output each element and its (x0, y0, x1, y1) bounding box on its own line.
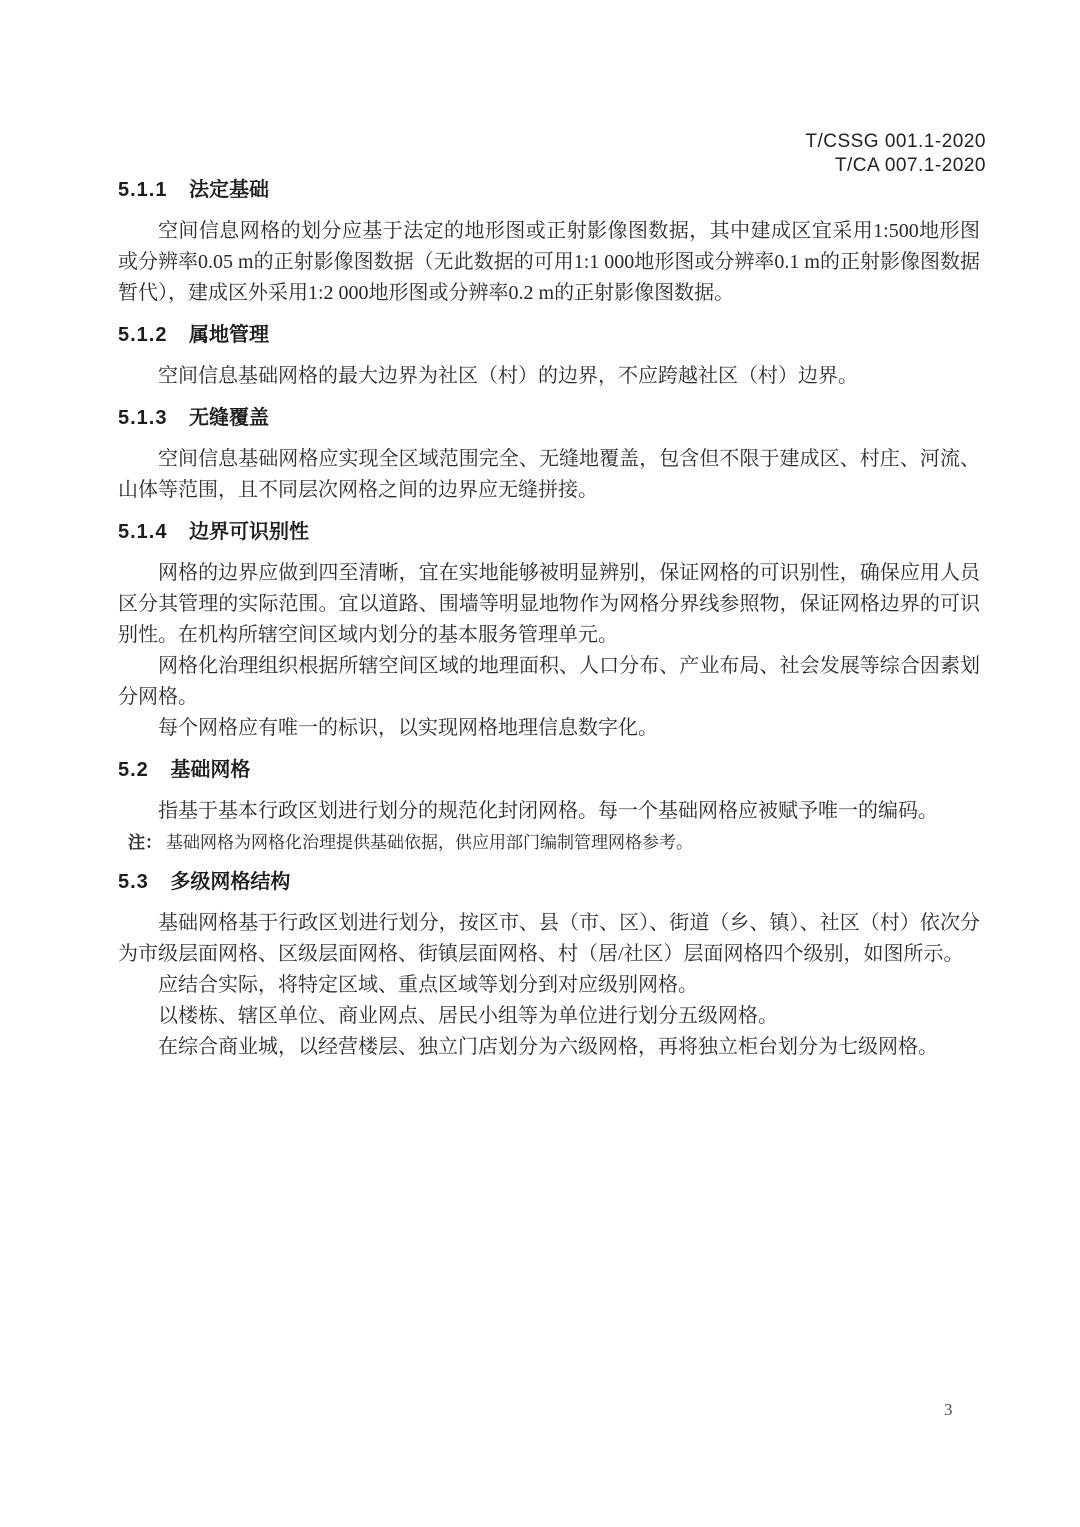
paragraph: 空间信息基础网格应实现全区域范围完全、无缝地覆盖，包含但不限于建成区、村庄、河流… (118, 444, 980, 506)
section-title: 多级网格结构 (170, 871, 290, 893)
section-5-1-1: 5.1.1 法定基础 空间信息网格的划分应基于法定的地形图或正射影像图数据，其中… (118, 178, 980, 309)
paragraph: 网格化治理组织根据所辖空间区域的地理面积、人口分布、产业布局、社会发展等综合因素… (118, 651, 980, 713)
section-number: 5.1.4 (118, 521, 167, 543)
paragraph: 每个网格应有唯一的标识，以实现网格地理信息数字化。 (118, 713, 980, 744)
document-header: T/CSSG 001.1-2020 T/CA 007.1-2020 (805, 130, 986, 178)
section-number: 5.1.3 (118, 407, 167, 429)
section-heading: 5.1.4 边界可识别性 (118, 520, 980, 544)
section-heading: 5.3 多级网格结构 (118, 870, 980, 894)
note-label: 注： (128, 833, 162, 852)
note: 注：基础网格为网格化治理提供基础依据，供应用部门编制管理网格参考。 (128, 829, 980, 856)
section-heading: 5.2 基础网格 (118, 758, 980, 782)
section-number: 5.2 (118, 759, 149, 781)
document-body: 5.1.1 法定基础 空间信息网格的划分应基于法定的地形图或正射影像图数据，其中… (118, 172, 980, 1063)
paragraph: 网格的边界应做到四至清晰，宜在实地能够被明显辨别，保证网格的可识别性，确保应用人… (118, 558, 980, 651)
section-5-3: 5.3 多级网格结构 基础网格基于行政区划进行划分，按区市、县（市、区）、街道（… (118, 870, 980, 1063)
paragraph: 指基于基本行政区划进行划分的规范化封闭网格。每一个基础网格应被赋予唯一的编码。 (118, 796, 980, 827)
section-5-2: 5.2 基础网格 指基于基本行政区划进行划分的规范化封闭网格。每一个基础网格应被… (118, 758, 980, 856)
section-number: 5.3 (118, 871, 149, 893)
section-number: 5.1.1 (118, 179, 167, 201)
section-number: 5.1.2 (118, 324, 167, 346)
section-heading: 5.1.3 无缝覆盖 (118, 406, 980, 430)
section-title: 无缝覆盖 (189, 407, 269, 429)
document-page: T/CSSG 001.1-2020 T/CA 007.1-2020 5.1.1 … (0, 0, 1080, 1527)
section-heading: 5.1.2 属地管理 (118, 323, 980, 347)
standard-code-line-1: T/CSSG 001.1-2020 (805, 130, 986, 154)
section-heading: 5.1.1 法定基础 (118, 178, 980, 202)
section-title: 基础网格 (170, 759, 250, 781)
section-title: 法定基础 (189, 179, 269, 201)
page-number: 3 (944, 1400, 953, 1420)
paragraph: 空间信息基础网格的最大边界为社区（村）的边界，不应跨越社区（村）边界。 (118, 361, 980, 392)
paragraph: 在综合商业城，以经营楼层、独立门店划分为六级网格，再将独立柜台划分为七级网格。 (118, 1032, 980, 1063)
paragraph: 以楼栋、辖区单位、商业网点、居民小组等为单位进行划分五级网格。 (118, 1001, 980, 1032)
note-text: 基础网格为网格化治理提供基础依据，供应用部门编制管理网格参考。 (166, 833, 693, 852)
paragraph: 基础网格基于行政区划进行划分，按区市、县（市、区）、街道（乡、镇）、社区（村）依… (118, 908, 980, 970)
section-5-1-2: 5.1.2 属地管理 空间信息基础网格的最大边界为社区（村）的边界，不应跨越社区… (118, 323, 980, 392)
paragraph: 应结合实际，将特定区域、重点区域等划分到对应级别网格。 (118, 970, 980, 1001)
paragraph: 空间信息网格的划分应基于法定的地形图或正射影像图数据，其中建成区宜采用1:500… (118, 216, 980, 309)
section-title: 属地管理 (189, 324, 269, 346)
section-5-1-3: 5.1.3 无缝覆盖 空间信息基础网格应实现全区域范围完全、无缝地覆盖，包含但不… (118, 406, 980, 506)
section-title: 边界可识别性 (189, 521, 309, 543)
section-5-1-4: 5.1.4 边界可识别性 网格的边界应做到四至清晰，宜在实地能够被明显辨别，保证… (118, 520, 980, 744)
